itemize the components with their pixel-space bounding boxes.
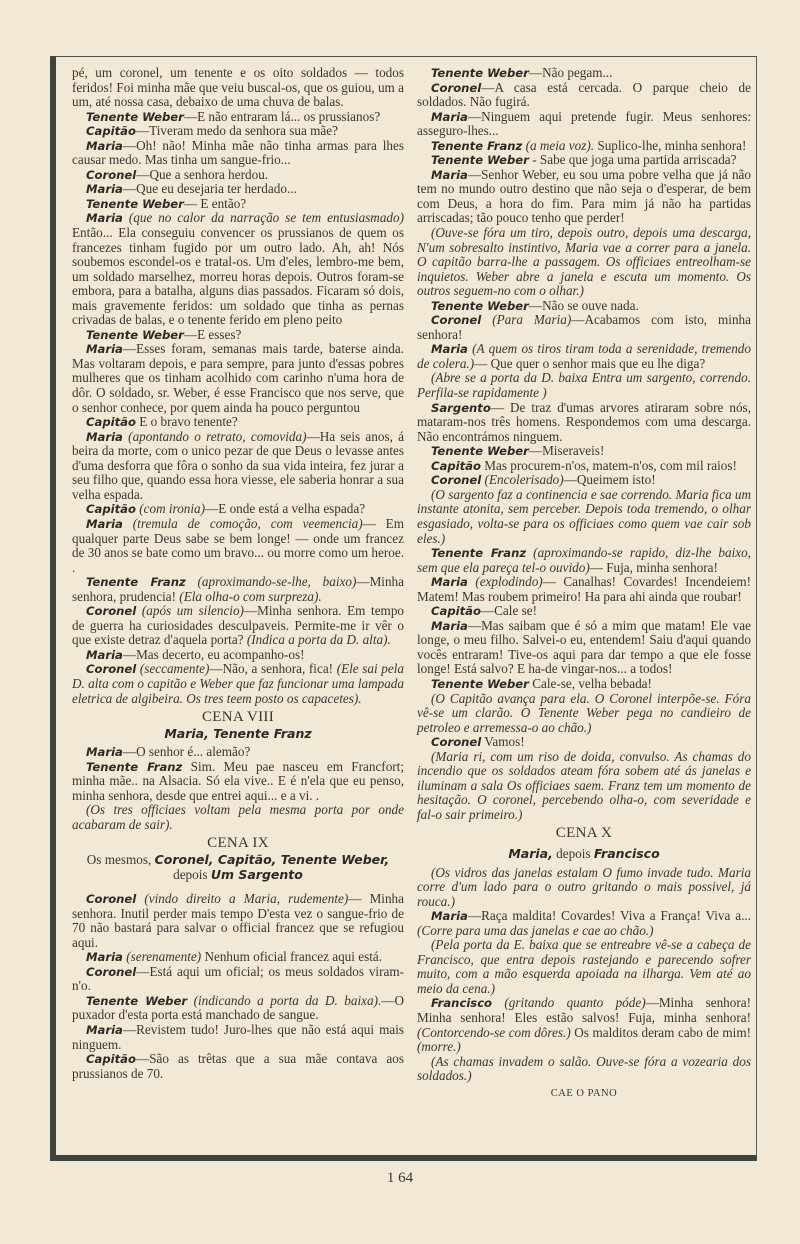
dialogue-line: Maria—Revistem tudo! Juro-lhes que não e… [72, 1023, 404, 1052]
speech-text: E o bravo tenente? [136, 414, 238, 429]
speaker-name: Maria [86, 950, 123, 964]
dialogue-line: Capitão—Cale se! [417, 604, 751, 619]
speech-text: —E esses? [184, 327, 242, 342]
speech-text: Suplico-lhe, minha senhora! [594, 138, 746, 153]
speaker-name: Francisco [431, 996, 492, 1010]
stage-direction: (a meia voz). [526, 138, 594, 153]
speech-text: —Não pegam... [529, 65, 613, 80]
speech-text: —Miseraveis! [529, 443, 604, 458]
speech-text: — Fuja, minha senhora! [590, 560, 718, 575]
dialogue-line: Maria—O senhor é... alemão? [72, 745, 404, 760]
stage-direction: (gritando quanto póde) [504, 995, 645, 1010]
dialogue-line: Capitão E o bravo tenente? [72, 415, 404, 430]
speech-text: —E não entraram lá... os prussianos? [184, 109, 380, 124]
speaker-name: Maria [86, 648, 123, 662]
speech-text: Mas procurem-n'os, matem-n'os, com mil r… [481, 458, 737, 473]
dialogue-line: Maria—Senhor Weber, eu sou uma pobre vel… [417, 168, 751, 226]
dialogue-line: Maria (tremula de comoção, com veemencia… [72, 517, 404, 575]
speaker-name: Maria [86, 139, 123, 153]
stage-direction: (Abre se a porta da D. baixa Entra um sa… [417, 371, 751, 400]
speech-text: —Tiveram medo da senhora sua mãe? [136, 123, 338, 138]
speaker-name: Capitão [86, 1052, 136, 1066]
dialogue-line: Coronel (vindo direito a Maria, rudement… [72, 892, 404, 950]
speaker-name: Capitão [86, 415, 136, 429]
speaker-name: Maria [86, 430, 123, 444]
scene-cast: Os mesmos, Coronel, Capitão, Tenente Web… [72, 853, 404, 882]
stage-direction: (após um silencio) [142, 603, 244, 618]
stage-direction: (Os vidros das janelas estalam O fumo in… [417, 866, 751, 910]
dialogue-line: Francisco (gritando quanto póde)—Minha s… [417, 996, 751, 1054]
scene-cast: Maria, depois Francisco [417, 847, 751, 862]
speaker-name: Tenente Weber [86, 328, 184, 342]
dialogue-line: Tenente Weber Cale-se, velha bebada! [417, 677, 751, 692]
speaker-name: Capitão [86, 124, 136, 138]
dialogue-line: Coronel (após um silencio)—Minha senhora… [72, 604, 404, 648]
dialogue-line: Tenente Weber—Não pegam... [417, 66, 751, 81]
stage-direction: (Ouve-se fóra um tiro, depois outro, dep… [417, 226, 751, 299]
speech-text: —Não, a senhora, fica! [209, 661, 333, 676]
speaker-name: Maria [431, 619, 468, 633]
dialogue-line: Maria—Oh! não! Minha mãe não tinha armas… [72, 139, 404, 168]
speech-text: —Que eu desejaria ter herdado... [123, 181, 297, 196]
paragraph: pé, um coronel, um tenente e os oito sol… [72, 66, 404, 110]
speaker-name: Tenente Weber [431, 153, 529, 167]
dialogue-line: Sargento— De traz d'umas arvores atirara… [417, 401, 751, 445]
dialogue-line: Tenente Weber— E então? [72, 197, 404, 212]
speech-text: —Mas saibam que é só a mim que matam! El… [417, 618, 751, 677]
dialogue-line: Tenente Weber—E esses? [72, 328, 404, 343]
stage-direction: (serenamente) [126, 949, 201, 964]
speaker-name: Sargento [431, 401, 491, 415]
speech-text: —Ninguem aqui pretende fugir. Meus senho… [417, 109, 751, 139]
stage-direction: (tremula de comoção, com veemencia) [133, 516, 363, 531]
stage-direction: (Os tres officiaes voltam pela mesma por… [72, 803, 404, 832]
speaker-name: Tenente Franz [431, 139, 522, 153]
speaker-name: Maria [431, 168, 468, 182]
scene-heading: CENA VIII [72, 710, 404, 725]
speaker-name: Tenente Weber [431, 677, 529, 691]
speaker-name: Maria [86, 342, 123, 356]
stage-direction: (indicando a porta da D. baixa). [194, 993, 382, 1008]
speaker-name: Maria [431, 909, 468, 923]
left-column: pé, um coronel, um tenente e os oito sol… [72, 66, 404, 1081]
dialogue-line: Maria (apontando o retrato, comovida)—Ha… [72, 430, 404, 503]
dialogue-line: Capitão—Tiveram medo da senhora sua mãe? [72, 124, 404, 139]
cast-prefix: Os mesmos, [87, 852, 151, 867]
speaker-name: Coronel [86, 662, 136, 676]
dialogue-line: Capitão Mas procurem-n'os, matem-n'os, c… [417, 459, 751, 474]
dialogue-line: Coronel (seccamente)—Não, a senhora, fic… [72, 662, 404, 706]
speaker-name: Capitão [431, 604, 481, 618]
cast-names: Um Sargento [211, 867, 303, 882]
curtain-line: CAE O PANO [417, 1087, 751, 1102]
speech-text: — Canalhas! Covardes! Incendeiem! Matem!… [417, 574, 751, 604]
dialogue-line: Tenente Franz (aproximando-se rapido, di… [417, 546, 751, 575]
stage-direction: (seccamente) [140, 661, 210, 676]
speaker-name: Maria [86, 517, 123, 531]
stage-direction: (Corre para uma das janelas e cae ao chã… [417, 923, 654, 938]
dialogue-line: Maria—Esses foram, semanas mais tarde, b… [72, 342, 404, 415]
dialogue-line: Coronel (Encolerisado)—Queimem isto! [417, 473, 751, 488]
speech-text: —E onde está a velha espada? [205, 501, 365, 516]
speaker-name: Coronel [86, 892, 136, 906]
speech-text: Vamos! [481, 734, 524, 749]
stage-direction: (Pela porta da E. baixa que se entreabre… [417, 938, 751, 996]
dialogue-line: Coronel—Que a senhora herdou. [72, 168, 404, 183]
speech-text: —O senhor é... alemão? [123, 744, 250, 759]
dialogue-line: Maria—Mas decerto, eu acompanho-os! [72, 648, 404, 663]
stage-direction: (Ela olha-o com surpreza). [176, 589, 322, 604]
dialogue-line: Capitão (com ironia)—E onde está a velha… [72, 502, 404, 517]
stage-direction: (Encolerisado) [485, 472, 564, 487]
cast-names: Maria, [508, 846, 553, 861]
dialogue-line: Coronel (Para Maria)—Acabamos com isto, … [417, 313, 751, 342]
speaker-name: Maria [431, 110, 468, 124]
speaker-name: Tenente Weber [431, 299, 529, 313]
speaker-name: Coronel [86, 965, 136, 979]
dialogue-line: Coronel Vamos! [417, 735, 751, 750]
stage-direction: (As chamas invadem o salão. Ouve-se fóra… [417, 1055, 751, 1084]
dialogue-line: Maria (que no calor da narração se tem e… [72, 211, 404, 327]
speech-text: —Mas decerto, eu acompanho-os! [123, 647, 305, 662]
stage-direction: (com ironia) [139, 501, 205, 516]
dialogue-line: Coronel—Está aqui um oficial; os meus so… [72, 965, 404, 994]
stage-direction: (explodindo) [475, 574, 542, 589]
cast-connector: depois [553, 846, 594, 861]
dialogue-line: Tenente Franz (a meia voz). Suplico-lhe,… [417, 139, 751, 154]
speaker-name: Tenente Franz [86, 575, 186, 589]
dialogue-line: Maria (serenamente) Nenhum oficial franc… [72, 950, 404, 965]
stage-direction: (aproximando-se-lhe, baixo) [198, 574, 357, 589]
dialogue-line: Maria (A quem os tiros tiram toda a sere… [417, 342, 751, 371]
speaker-name: Maria [431, 342, 468, 356]
dialogue-line: Tenente Weber - Sabe que joga uma partid… [417, 153, 751, 168]
speech-text: —Cale se! [481, 603, 537, 618]
speaker-name: Maria [86, 1023, 123, 1037]
speaker-name: Tenente Weber [431, 444, 529, 458]
stage-direction: (que no calor da narração se tem entusia… [129, 210, 404, 225]
speech-text: Então... Ela conseguiu convencer os prus… [72, 225, 404, 327]
cast-names: Maria, Tenente Franz [164, 726, 311, 741]
dialogue-line: Tenente Weber—Miseraveis! [417, 444, 751, 459]
speaker-name: Tenente Weber [431, 66, 529, 80]
stage-direction: (vindo direito a Maria, rudemente) [144, 891, 348, 906]
speech-text: —Senhor Weber, eu sou uma pobre velha qu… [417, 167, 751, 226]
dialogue-line: Coronel—A casa está cercada. O parque ch… [417, 81, 751, 110]
speech-text: —Não se ouve nada. [529, 298, 639, 313]
stage-direction: (Contorcendo-se com dôres.) [417, 1025, 571, 1040]
speaker-name: Tenente Franz [86, 760, 182, 774]
stage-direction: (morre.) [417, 1039, 461, 1054]
speaker-name: Maria [86, 182, 123, 196]
dialogue-line: Capitão—São as trêtas que a sua mãe cont… [72, 1052, 404, 1081]
dialogue-line: Tenente Franz Sim. Meu pae nasceu em Fra… [72, 760, 404, 804]
speaker-name: Tenente Weber [86, 110, 184, 124]
cast-connector: depois [173, 867, 207, 882]
dialogue-line: Tenente Weber (indicando a porta da D. b… [72, 994, 404, 1023]
dialogue-line: Maria—Raça maldita! Covardes! Viva a Fra… [417, 909, 751, 938]
speech-text: - Sabe que joga uma partida arriscada? [529, 152, 737, 167]
scene-heading: CENA X [417, 826, 751, 841]
right-column: Tenente Weber—Não pegam... Coronel—A cas… [417, 66, 751, 1101]
speaker-name: Coronel [86, 168, 136, 182]
speech-text: — Que quer o senhor mais que eu lhe diga… [474, 356, 705, 371]
dialogue-line: Maria—Mas saibam que é só a mim que mata… [417, 619, 751, 677]
speaker-name: Maria [86, 745, 123, 759]
speaker-name: Capitão [431, 459, 481, 473]
speech-text: —Que a senhora herdou. [136, 167, 268, 182]
speaker-name: Coronel [431, 735, 481, 749]
speech-text: —Queimem isto! [564, 472, 656, 487]
scene-heading: CENA IX [72, 836, 404, 851]
dialogue-line: Maria—Que eu desejaria ter herdado... [72, 182, 404, 197]
speaker-name: Maria [86, 211, 123, 225]
stage-direction: (apontando o retrato, comovida) [128, 429, 306, 444]
speaker-name: Coronel [431, 81, 481, 95]
speech-text: — E então? [184, 196, 246, 211]
speaker-name: Coronel [431, 313, 481, 327]
stage-direction: (O Capitão avança para ela. O Coronel in… [417, 692, 751, 736]
cast-names: Coronel, Capitão, Tenente Weber, [155, 852, 390, 867]
speaker-name: Tenente Franz [431, 546, 526, 560]
page-number: 1 64 [0, 1170, 800, 1187]
speaker-name: Coronel [431, 473, 481, 487]
speaker-name: Capitão [86, 502, 136, 516]
stage-direction: (O sargento faz a continencia e sae corr… [417, 488, 751, 546]
speaker-name: Maria [431, 575, 468, 589]
speaker-name: Tenente Weber [86, 197, 184, 211]
dialogue-line: Tenente Franz (aproximando-se-lhe, baixo… [72, 575, 404, 604]
speaker-name: Tenente Weber [86, 994, 187, 1008]
dialogue-line: Tenente Weber—Não se ouve nada. [417, 299, 751, 314]
dialogue-line: Maria (explodindo)— Canalhas! Covardes! … [417, 575, 751, 604]
cast-names: Francisco [594, 846, 660, 861]
speaker-name: Coronel [86, 604, 136, 618]
speech-text: Os malditos deram cabo de mim! [571, 1025, 751, 1040]
stage-direction: (Indica a porta da D. alta). [244, 632, 391, 647]
speech-text: Cale-se, velha bebada! [529, 676, 652, 691]
scene-cast: Maria, Tenente Franz [72, 727, 404, 742]
dialogue-line: Tenente Weber—E não entraram lá... os pr… [72, 110, 404, 125]
stage-direction: (Maria ri, com um riso de doida, convuls… [417, 750, 751, 823]
speech-text: Nenhum oficial francez aqui está. [201, 949, 382, 964]
stage-direction: (Para Maria) [492, 312, 571, 327]
dialogue-line: Maria—Ninguem aqui pretende fugir. Meus … [417, 110, 751, 139]
speech-text: —Raça maldita! Covardes! Viva a França! … [468, 908, 751, 923]
